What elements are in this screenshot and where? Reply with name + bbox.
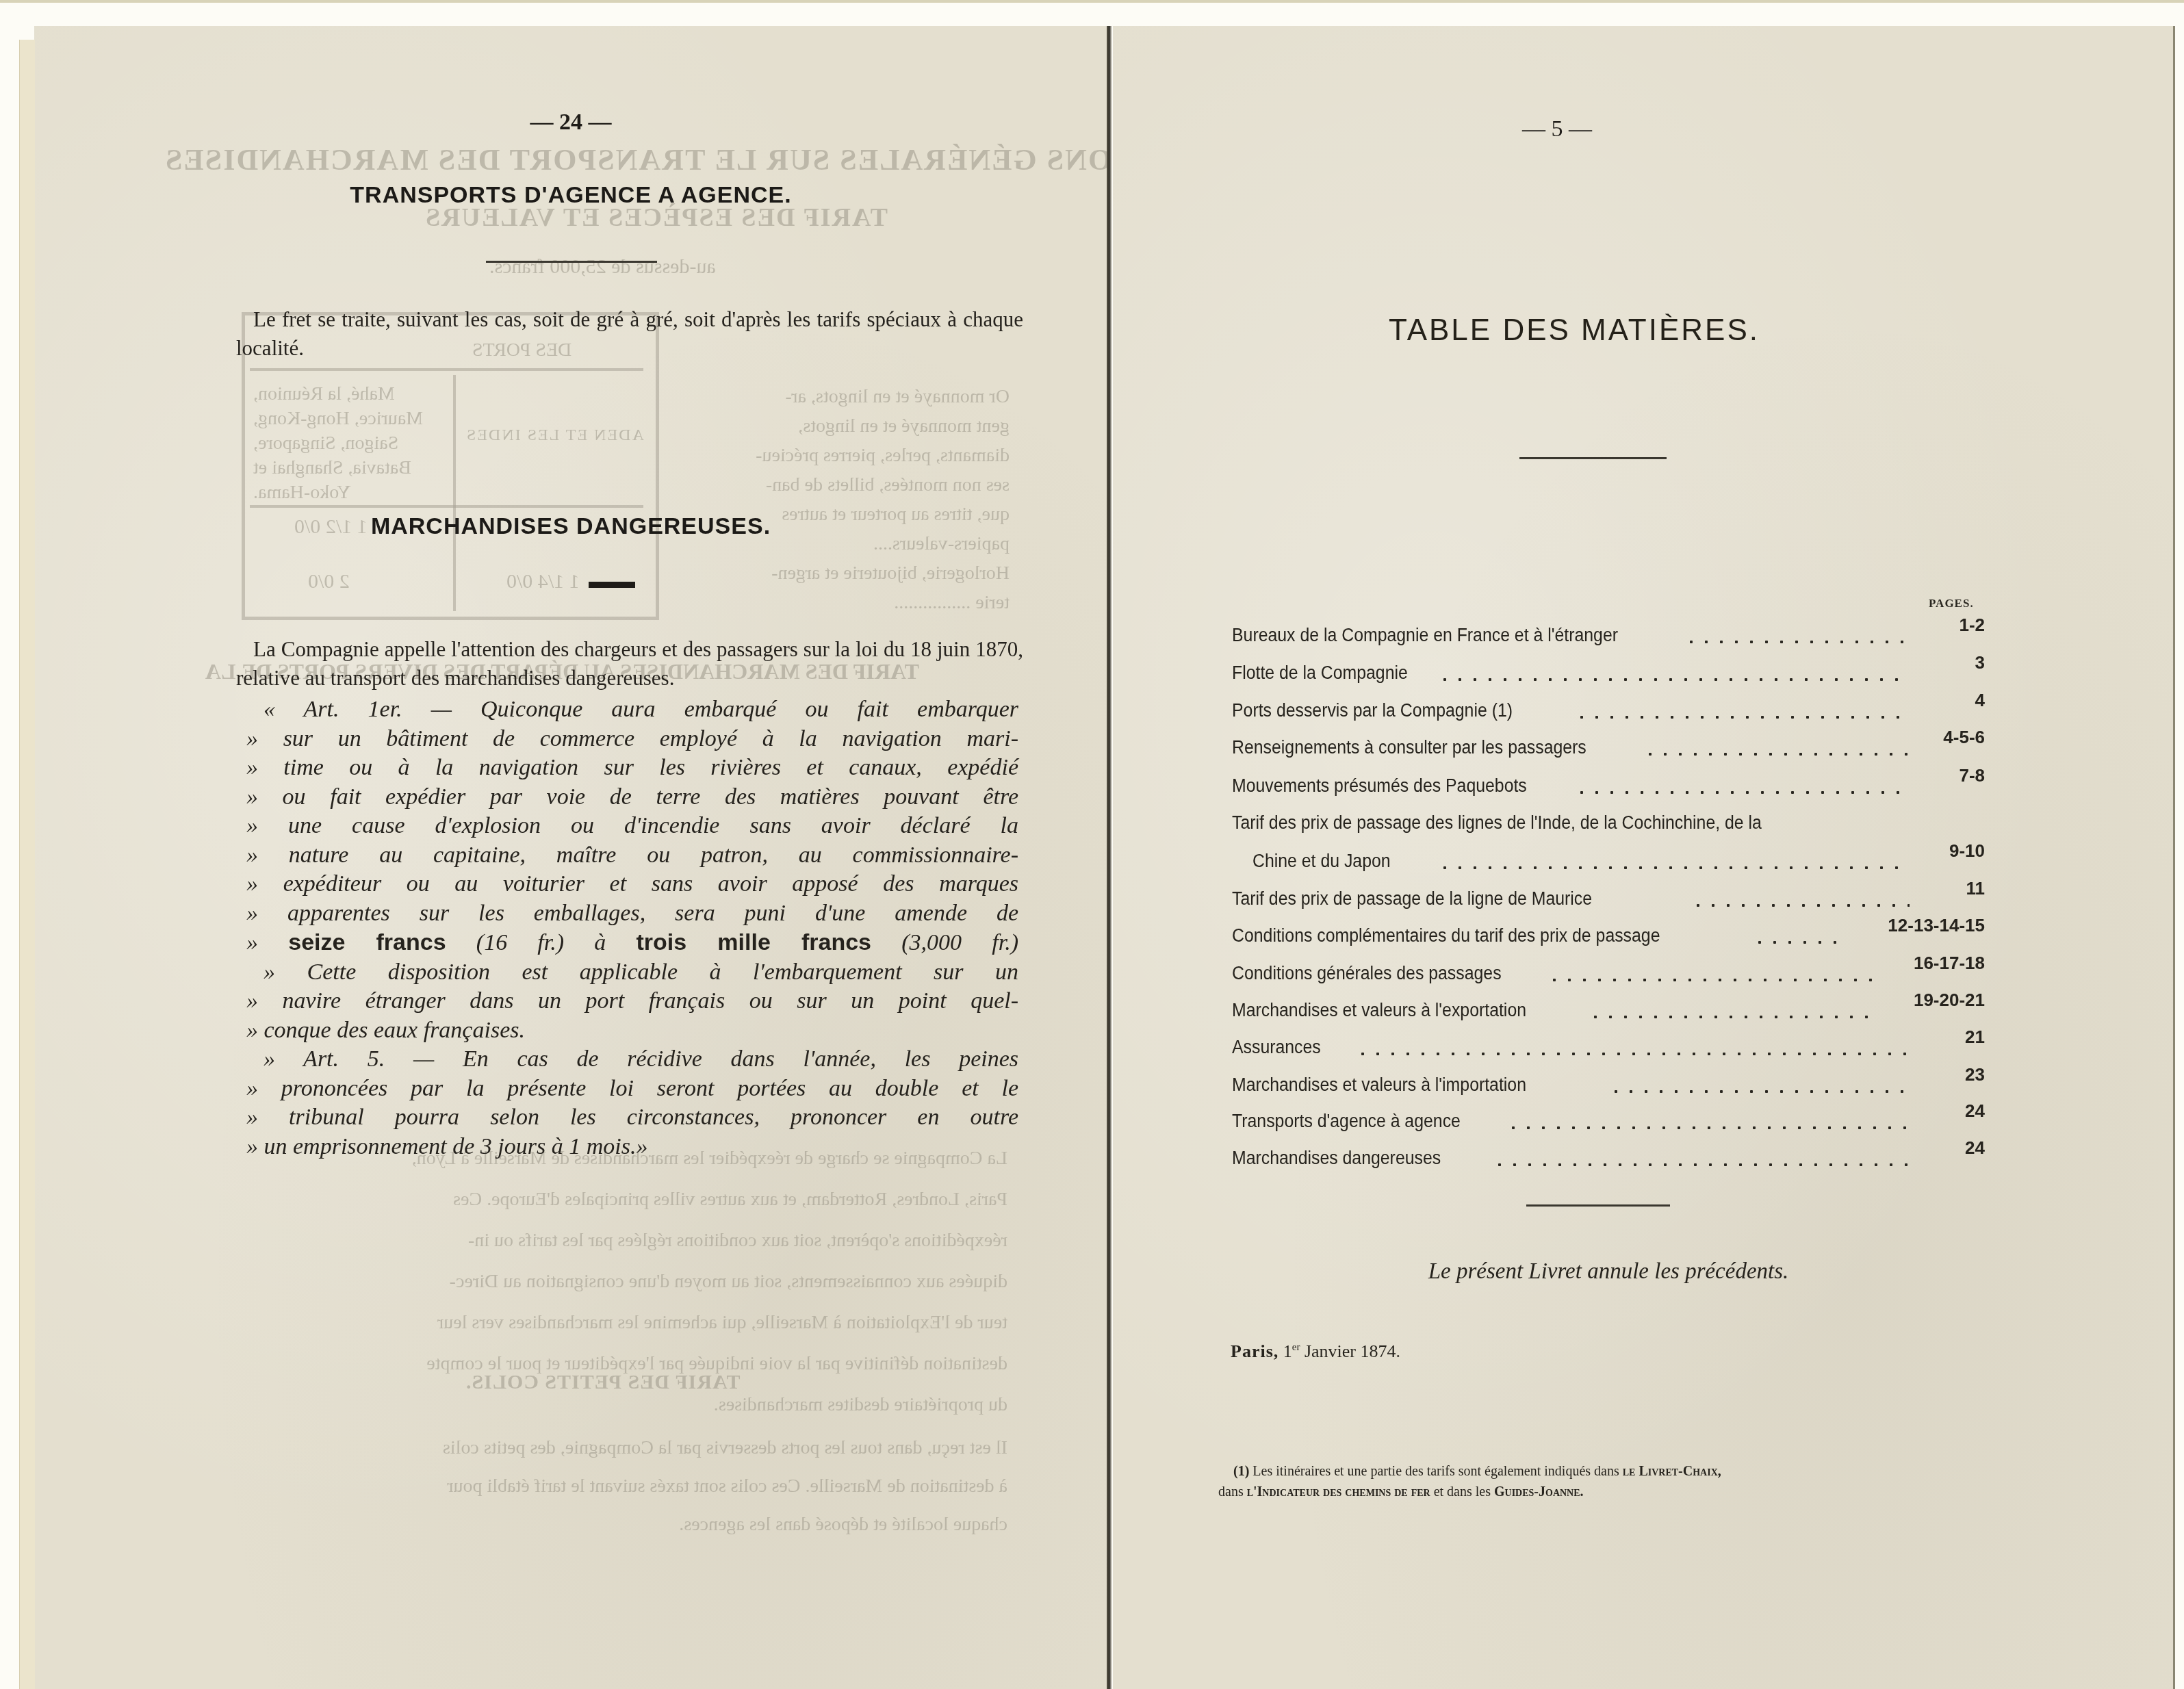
toc-entry-pages: 3 [1975, 652, 1985, 673]
law-line: » time ou à la navigation sur les rivièr… [246, 753, 1018, 783]
dangerous-goods-intro: La Compagnie appelle l'attention des cha… [236, 635, 1023, 693]
show-through-line: terie ................ [667, 588, 1010, 617]
show-through-side-text: Or monnayé et en lingots, ar- gent monna… [667, 382, 1010, 617]
show-through-rule [250, 505, 643, 508]
leader-dots [1506, 1126, 1910, 1129]
show-through-line: à destination de Marseille. Ces colis so… [214, 1467, 1007, 1506]
toc-entry[interactable]: Flotte de la Compagnie 3 [1232, 652, 1985, 686]
law-line: » tribunal pourra selon les circonstance… [246, 1103, 1018, 1133]
book-spine [1107, 26, 1112, 1689]
date-day: 1 [1283, 1341, 1292, 1361]
leader-dots [1752, 941, 1841, 944]
toc-entry-label: Renseignements à consulter par les passa… [1232, 737, 1586, 758]
toc-entry-label: Tarif des prix de passage des lignes de … [1232, 812, 1762, 834]
toc-entry-label: Flotte de la Compagnie [1232, 662, 1408, 684]
law-excerpt: « Art. 1er. — Quiconque aura embarqué ou… [246, 695, 1018, 1161]
toc-entry-label: Assurances [1232, 1037, 1321, 1058]
fine-amount-max-numeric: (3,000 fr.) [901, 930, 1018, 955]
toc-entry-label: Marchandises et valeurs à l'importation [1232, 1074, 1526, 1096]
toc-entry[interactable]: Marchandises et valeurs à l'exportation … [1232, 990, 1985, 1024]
toc-entry-label: Conditions complémentaires du tarif des … [1232, 925, 1660, 946]
show-through-line: Horlogerie, bijouterie et argen- [667, 558, 1010, 588]
show-through-line: Or monnayé et en lingots, ar- [667, 382, 1010, 411]
issue-date: Paris, 1er Janvier 1874. [1231, 1341, 1400, 1362]
law-line: » expéditeur ou au voiturier et sans avo… [246, 870, 1018, 899]
leader-dots [1588, 1016, 1875, 1018]
toc-pages-label: PAGES. [1929, 597, 1974, 610]
law-line: » apparentes sur les emballages, sera pu… [246, 899, 1018, 929]
footnote-marker: (1) [1233, 1464, 1249, 1479]
show-through-box-col: ADEN ET LES INDES [465, 426, 644, 445]
title-divider [1519, 457, 1667, 459]
toc-entry[interactable]: Tarif des prix de passage des lignes de … [1232, 802, 1985, 836]
date-city: Paris, [1231, 1341, 1279, 1361]
toc-entry-label: Marchandises dangereuses [1232, 1148, 1441, 1169]
toc-entry-pages: 16-17-18 [1914, 953, 1985, 974]
toc-entry-label: Marchandises et valeurs à l'exportation [1232, 1000, 1526, 1021]
law-line: » prononcées par la présente loi seront … [246, 1074, 1018, 1104]
show-through-line: Yoko-Hama. [253, 480, 445, 505]
show-through-line: chaque localité et déposé dans les agenc… [214, 1506, 1007, 1544]
law-line: » Cette disposition est applicable à l'e… [246, 958, 1018, 988]
show-through-subline: au-dessus de 25,000 francs. [489, 255, 716, 279]
fine-connector: à [564, 930, 636, 955]
law-fine-line: » seize francs (16 fr.) à trois mille fr… [246, 928, 1018, 958]
footnote-text: dans [1218, 1484, 1247, 1499]
law-line: » navire étranger dans un port français … [246, 987, 1018, 1016]
leader-dots [1355, 1053, 1910, 1055]
scan-top-edge [0, 0, 2184, 3]
show-through-rate: 1 1/4 0/0 [506, 570, 580, 593]
toc-entry-label: Transports d'agence à agence [1232, 1111, 1461, 1132]
law-line: » ou fait expédier par voie de terre des… [246, 783, 1018, 812]
toc-entry-pages: 19-20-21 [1914, 990, 1985, 1011]
toc-entry[interactable]: Marchandises et valeurs à l'importation … [1232, 1064, 1985, 1098]
leader-dots [1437, 678, 1910, 681]
show-through-heading: TARIF DES PETITS COLIS. [465, 1371, 740, 1394]
toc-entry-label: Tarif des prix de passage de la ligne de… [1232, 888, 1592, 910]
leader-dots [1691, 904, 1910, 907]
quote-mark: » [246, 930, 288, 955]
toc-entry-pages: 7-8 [1959, 765, 1985, 786]
page-number: — 5 — [1454, 116, 1660, 142]
supersession-note: Le présent Livret annule les précédents. [1300, 1259, 1916, 1285]
toc-entry[interactable]: Transports d'agence à agence 24 [1232, 1100, 1985, 1135]
show-through-line: réexpéditions s'opèrent, soit aux condit… [214, 1220, 1007, 1261]
leader-dots [1437, 866, 1910, 869]
toc-entry[interactable]: Assurances 21 [1232, 1027, 1985, 1061]
toc-entry-label: Bureaux de la Compagnie en France et à l… [1232, 625, 1618, 646]
toc-entry[interactable]: Bureaux de la Compagnie en France et à l… [1232, 615, 1985, 649]
footnote-reference: Guides-Joanne. [1494, 1484, 1584, 1499]
toc-title: TABLE DES MATIÈRES. [1300, 313, 1848, 348]
toc-entry[interactable]: Renseignements à consulter par les passa… [1232, 727, 1985, 761]
show-through-box-col: Mahé, la Réunion, Maurice, Hong-Kong, Sa… [253, 382, 445, 505]
toc-entry[interactable]: Ports desservis par la Compagnie (1) 4 [1232, 690, 1985, 724]
fine-amount-min-numeric: (16 fr.) [476, 930, 564, 955]
section-title-transports: TRANSPORTS D'AGENCE A AGENCE. [34, 182, 1107, 209]
show-through-rate: 2 0/0 [308, 570, 350, 593]
show-through-line: diamants, perles, pierres précieu- [667, 441, 1010, 470]
show-through-line: Il est reçu, dans tous les ports desserv… [214, 1429, 1007, 1467]
toc-entry[interactable]: Conditions complémentaires du tarif des … [1232, 915, 1985, 949]
fine-amount-max: trois mille francs [637, 929, 872, 955]
footnote-text: Les itinéraires et une partie des tarifs… [1249, 1464, 1622, 1479]
show-through-line: ses non montées, billets de ban- [667, 470, 1010, 500]
show-through-line: gent monnayé et en lingots, [667, 411, 1010, 441]
section-divider [589, 582, 635, 588]
show-through-line: Batavia, Shanghai et [253, 456, 445, 480]
footnote-reference: le Livret-Chaix, [1623, 1464, 1721, 1479]
show-through-line: Maurice, Hong-Kong, [253, 407, 445, 431]
footnote-reference: l'Indicateur des chemins de fer [1247, 1484, 1430, 1499]
law-line: » Art. 5. — En cas de récidive dans l'an… [246, 1045, 1018, 1074]
leader-dots [1547, 979, 1875, 981]
law-line: « Art. 1er. — Quiconque aura embarqué ou… [246, 695, 1018, 725]
footnote-line: dans l'Indicateur des chemins de fer et … [1218, 1482, 1721, 1502]
toc-entry-label: Mouvements présumés des Paquebots [1232, 775, 1527, 797]
law-line: » une cause d'explosion ou d'incendie sa… [246, 812, 1018, 841]
leader-dots [1608, 1090, 1910, 1093]
page-number: — 24 — [34, 109, 1107, 136]
show-through-line: Saigon, Singapore, [253, 431, 445, 456]
toc-entry-label: Ports desservis par la Compagnie (1) [1232, 700, 1513, 721]
toc-entry-label: Chine et du Japon [1252, 851, 1391, 872]
toc-end-divider [1526, 1204, 1670, 1207]
show-through-line: Paris, Londres, Rotterdam, et aux autres… [214, 1179, 1007, 1220]
law-line: » nature au capitaine, maître ou patron,… [246, 841, 1018, 871]
date-rest: Janvier 1874. [1300, 1341, 1400, 1361]
fine-amount-min: seize francs [288, 929, 446, 955]
transports-paragraph: Le fret se traite, suivant les cas, soit… [236, 305, 1023, 363]
law-line: » un emprisonnement de 3 jours à 1 mois.… [246, 1133, 1018, 1162]
toc-entry-pages: 12-13-14-15 [1888, 915, 1985, 936]
toc-entry-pages: 24 [1965, 1137, 1985, 1159]
show-through-paragraph: Il est reçu, dans tous les ports desserv… [214, 1429, 1007, 1544]
leader-dots [1574, 791, 1910, 794]
leader-dots [1492, 1163, 1910, 1166]
footnote-line: (1) Les itinéraires et une partie des ta… [1218, 1461, 1721, 1482]
law-line: » sur un bâtiment de commerce employé à … [246, 725, 1018, 754]
footnote: (1) Les itinéraires et une partie des ta… [1218, 1461, 1721, 1502]
toc-entry-pages: 23 [1965, 1064, 1985, 1085]
leader-dots [1684, 641, 1910, 643]
toc-entry-pages: 4-5-6 [1943, 727, 1985, 748]
section-title-dangerous-goods: MARCHANDISES DANGEREUSES. [34, 513, 1107, 540]
law-line: » conque des eaux françaises. [246, 1016, 1018, 1046]
toc-entry[interactable]: Marchandises dangereuses 24 [1232, 1137, 1985, 1172]
show-through-line: diquées aux connaissements, soit au moye… [214, 1261, 1007, 1302]
toc-entry[interactable]: Chine et du Japon 9-10 [1232, 840, 1985, 875]
toc-entry[interactable]: Tarif des prix de passage de la ligne de… [1232, 878, 1985, 912]
toc-entry-pages: 24 [1965, 1100, 1985, 1122]
toc-entry-pages: 11 [1966, 878, 1986, 899]
toc-entry-pages: 21 [1965, 1027, 1985, 1048]
leader-dots [1643, 753, 1910, 756]
leader-dots [1574, 716, 1910, 719]
show-through-line: Mahé, la Réunion, [253, 382, 445, 407]
toc-entry[interactable]: Mouvements présumés des Paquebots 7-8 [1232, 765, 1985, 799]
show-through-line: teur de l'Exploitation à Marseille, qui … [214, 1302, 1007, 1343]
toc-entry-pages: 4 [1975, 690, 1985, 711]
toc-entry-pages: 9-10 [1949, 840, 1985, 862]
section-divider [486, 261, 657, 263]
footnote-text: et dans les [1430, 1484, 1494, 1499]
toc-entry-pages: 1-2 [1959, 615, 1985, 636]
toc-entry-label: Conditions générales des passages [1232, 963, 1502, 984]
show-through-rule [453, 375, 456, 611]
date-ordinal: er [1292, 1342, 1300, 1353]
left-page: OBSERVATIONS GÉNÉRALES SUR LE TRANSPORT … [34, 26, 1107, 1689]
toc-entry[interactable]: Conditions générales des passages 16-17-… [1232, 953, 1985, 987]
show-through-rule [250, 368, 643, 371]
